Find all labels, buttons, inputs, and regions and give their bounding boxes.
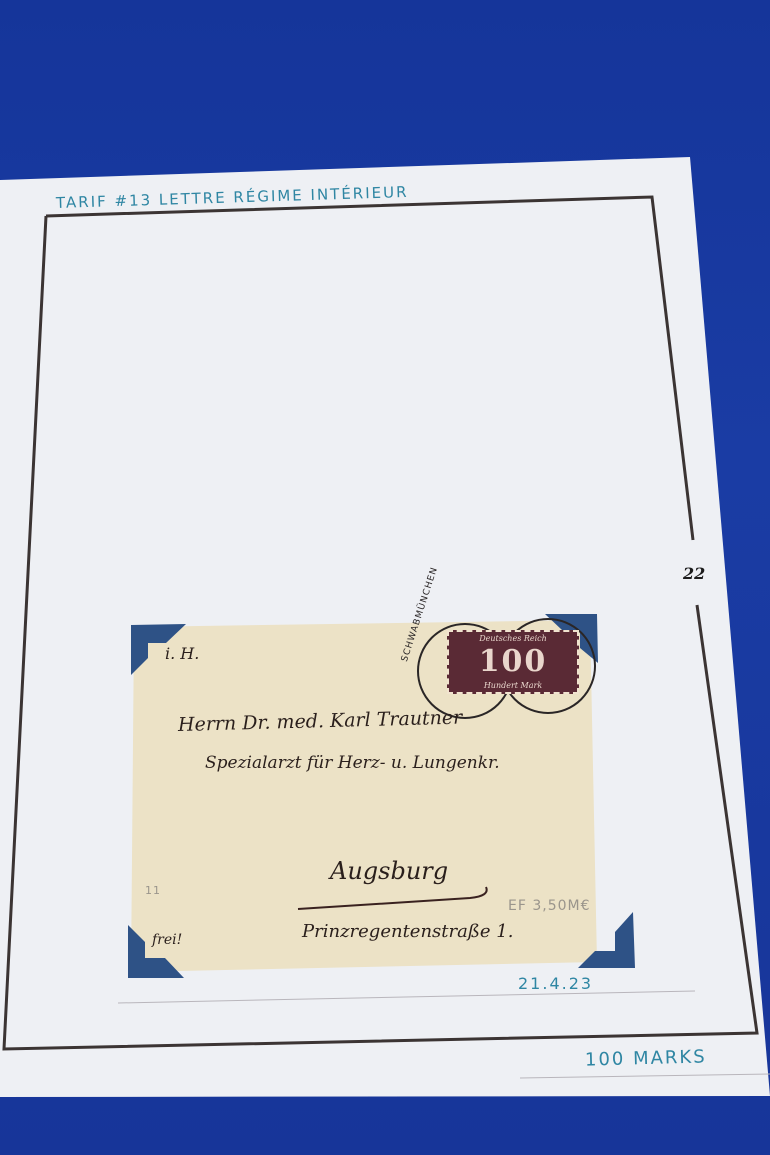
pencil-mark: 11: [145, 884, 161, 897]
street: Prinzregentenstraße 1.: [302, 921, 513, 942]
page-number: 22: [683, 564, 705, 583]
stamp-bottom-text: Hundert Mark: [449, 681, 577, 690]
stamp-top-text: Deutsches Reich: [449, 634, 577, 643]
date-note: 21.4.23: [518, 974, 593, 993]
stamp-value: 100: [449, 644, 577, 679]
address-line-2: Spezialarzt für Herz- u. Lungenkr.: [205, 753, 500, 773]
pencil-price: EF 3,50M€: [508, 898, 591, 914]
postage-stamp: Deutsches Reich 100 Hundert Mark: [447, 630, 579, 694]
left-note: frei!: [152, 932, 182, 948]
city: Augsburg: [330, 857, 448, 885]
album-photo: [0, 0, 770, 1155]
corner-note: i. H.: [165, 644, 199, 663]
value-note: 100 MARKS: [585, 1046, 707, 1070]
